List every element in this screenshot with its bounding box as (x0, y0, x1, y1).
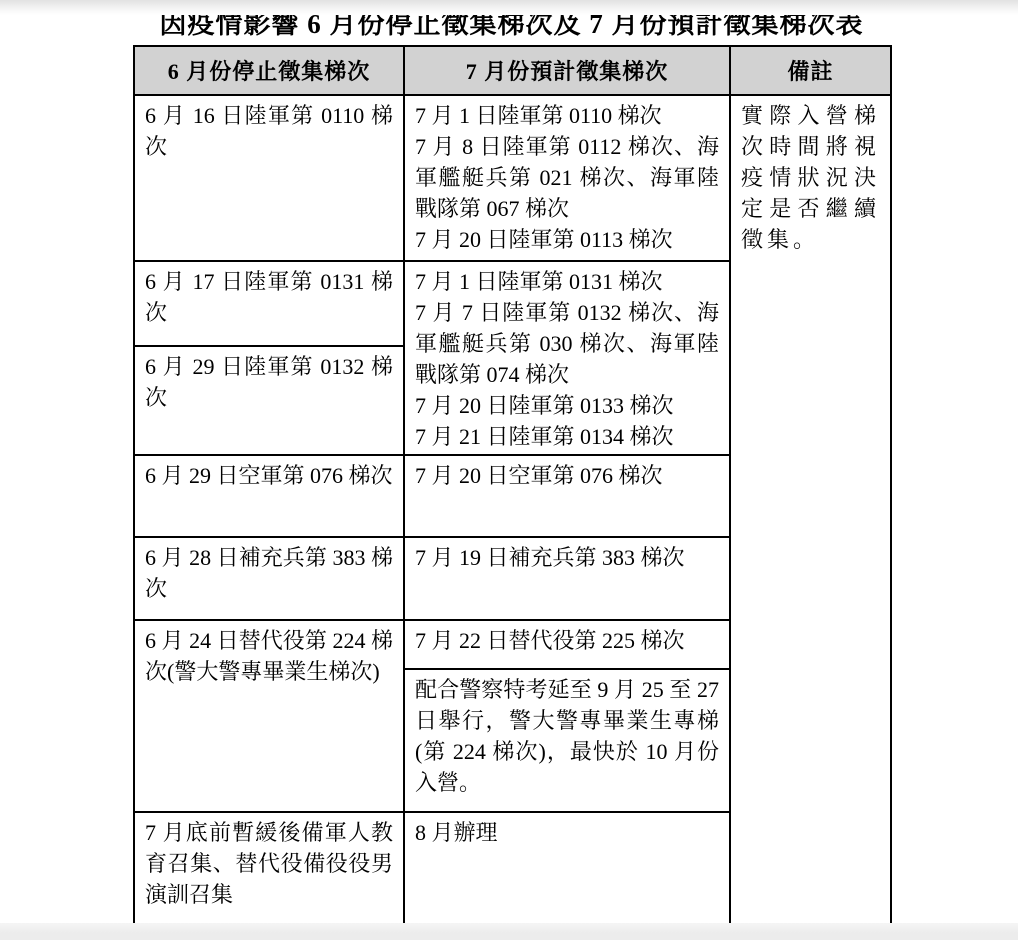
july-cell-army-0131-group: 7 月 1 日陸軍第 0131 梯次 7 月 7 日陸軍第 0132 梯次、海軍… (404, 261, 730, 455)
schedule-table: 6 月份停止徵集梯次 7 月份預計徵集梯次 備註 6 月 16 日陸軍第 011… (133, 45, 892, 926)
july-cell-substitute-225: 7 月 22 日替代役第 225 梯次 (404, 620, 730, 669)
remarks-cell: 實際入營梯次時間將視疫情狀況決定是否繼續徵集。 (730, 95, 891, 925)
june-cell-army-0110: 6 月 16 日陸軍第 0110 梯次 (134, 95, 404, 261)
july-cell-supplement-383: 7 月 19 日補充兵第 383 梯次 (404, 537, 730, 620)
document-page: 因疫情影響 6 月份停止徵集梯次及 7 月份預計徵集梯次表 6 月份停止徵集梯次… (0, 0, 1018, 923)
june-cell-airforce-076: 6 月 29 日空軍第 076 梯次 (134, 455, 404, 537)
column-header-july: 7 月份預計徵集梯次 (404, 46, 730, 95)
june-cell-army-0132: 6 月 29 日陸軍第 0132 梯次 (134, 346, 404, 455)
july-cell-police-exam-note: 配合警察特考延至 9 月 25 至 27 日舉行，警大警專畢業生專梯(第 224… (404, 669, 730, 812)
column-header-remarks: 備註 (730, 46, 891, 95)
june-cell-supplement-383: 6 月 28 日補充兵第 383 梯次 (134, 537, 404, 620)
table-row: 6 月 16 日陸軍第 0110 梯次 7 月 1 日陸軍第 0110 梯次 7… (134, 95, 891, 261)
june-cell-reservist-recall: 7 月底前暫緩後備軍人教育召集、替代役備役役男演訓召集 (134, 812, 404, 925)
header-row: 6 月份停止徵集梯次 7 月份預計徵集梯次 備註 (134, 46, 891, 95)
page-title: 因疫情影響 6 月份停止徵集梯次及 7 月份預計徵集梯次表 (133, 7, 890, 41)
july-cell-army-0110-group: 7 月 1 日陸軍第 0110 梯次 7 月 8 日陸軍第 0112 梯次、海軍… (404, 95, 730, 261)
july-cell-august-handling: 8 月辦理 (404, 812, 730, 925)
july-cell-airforce-076: 7 月 20 日空軍第 076 梯次 (404, 455, 730, 537)
june-cell-army-0131: 6 月 17 日陸軍第 0131 梯次 (134, 261, 404, 346)
page-bottom-background (0, 923, 1018, 940)
column-header-june: 6 月份停止徵集梯次 (134, 46, 404, 95)
june-cell-substitute-224: 6 月 24 日替代役第 224 梯次(警大警專畢業生梯次) (134, 620, 404, 812)
